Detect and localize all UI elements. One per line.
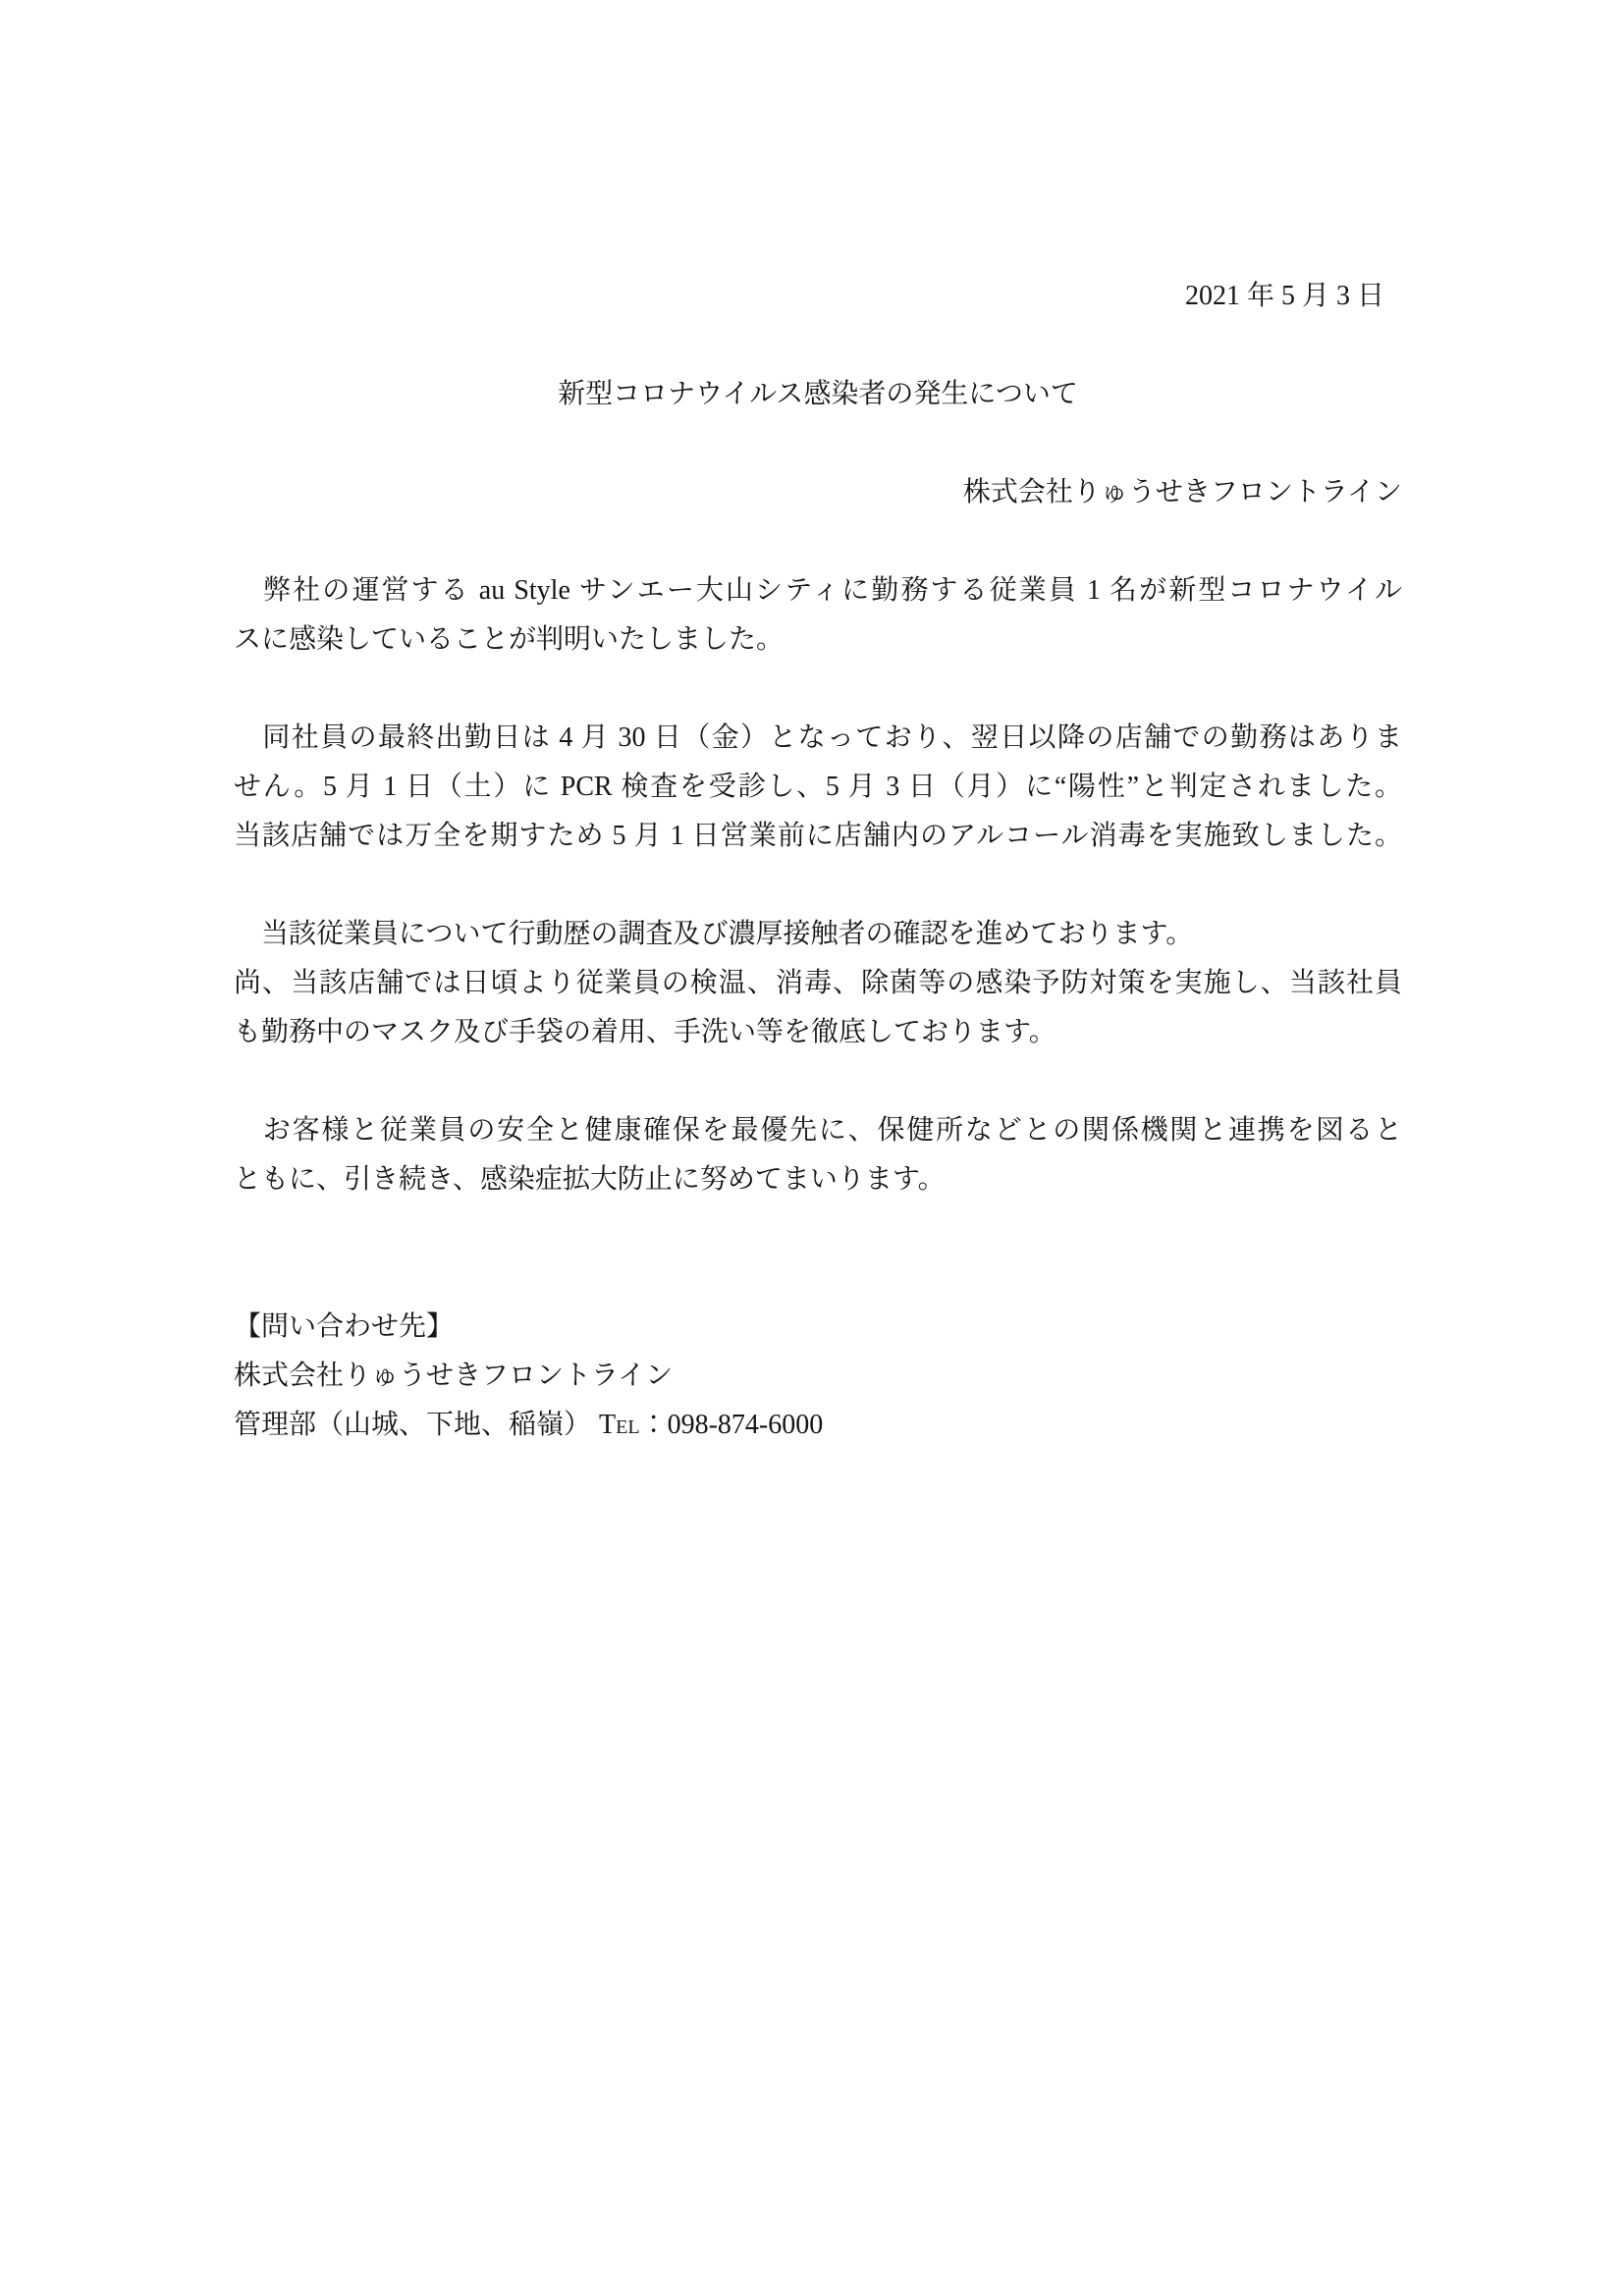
body-text-line: 同社員の最終出勤日は 4 月 30 日（金）となっており、翌日以降の店舗での勤務…: [234, 714, 1402, 763]
document-content: 2021 年 5 月 3 日 新型コロナウイルス感染者の発生について 株式会社り…: [234, 272, 1402, 1450]
blank-line: [234, 1057, 1402, 1106]
contact-department: 管理部（山城、下地、稲嶺）: [234, 1410, 591, 1440]
body-text-line: せん。5 月 1 日（土）に PCR 検査を受診し、5 月 3 日（月）に“陽性…: [234, 763, 1402, 812]
blank-line: [234, 1254, 1402, 1303]
tel-label: Tel: [599, 1410, 640, 1440]
body-text-line: スに感染していることが判明いたしました。: [234, 615, 1402, 665]
body-text-line: 弊社の運営する au Style サンエー大山シティに勤務する従業員 1 名が新…: [234, 566, 1402, 615]
document-title: 新型コロナウイルス感染者の発生について: [234, 370, 1402, 419]
contact-section: 【問い合わせ先】 株式会社りゅうせきフロントライン 管理部（山城、下地、稲嶺）T…: [234, 1303, 1402, 1450]
issuer-company-name: 株式会社りゅうせきフロントライン: [234, 468, 1402, 517]
body-text-line: 当該従業員について行動歴の調査及び濃厚接触者の確認を進めております。: [234, 910, 1402, 959]
document-body: 弊社の運営する au Style サンエー大山シティに勤務する従業員 1 名が新…: [234, 566, 1402, 1204]
blank-line: [234, 665, 1402, 714]
body-text-line: も勤務中のマスク及び手袋の着用、手洗い等を徹底しております。: [234, 1008, 1402, 1057]
blank-line: [234, 1204, 1402, 1254]
blank-line: [234, 321, 1402, 370]
contact-department-tel-line: 管理部（山城、下地、稲嶺）Tel：098-874-6000: [234, 1401, 1402, 1450]
blank-line: [234, 861, 1402, 910]
blank-line: [234, 419, 1402, 468]
body-text-line: お客様と従業員の安全と健康確保を最優先に、保健所などとの関係機関と連携を図ると: [234, 1106, 1402, 1155]
body-text-line: 尚、当該店舗では日頃より従業員の検温、消毒、除菌等の感染予防対策を実施し、当該社…: [234, 959, 1402, 1008]
blank-line: [234, 517, 1402, 566]
document-date: 2021 年 5 月 3 日: [234, 272, 1402, 321]
notice-document-page: 2021 年 5 月 3 日 新型コロナウイルス感染者の発生について 株式会社り…: [0, 0, 1624, 2296]
contact-section-heading: 【問い合わせ先】: [234, 1303, 1402, 1352]
tel-number: ：098-874-6000: [640, 1410, 824, 1440]
contact-company-name: 株式会社りゅうせきフロントライン: [234, 1352, 1402, 1401]
body-text-line: 当該店舗では万全を期すため 5 月 1 日営業前に店舗内のアルコール消毒を実施致…: [234, 812, 1402, 861]
body-text-line: ともに、引き続き、感染症拡大防止に努めてまいります。: [234, 1155, 1402, 1204]
